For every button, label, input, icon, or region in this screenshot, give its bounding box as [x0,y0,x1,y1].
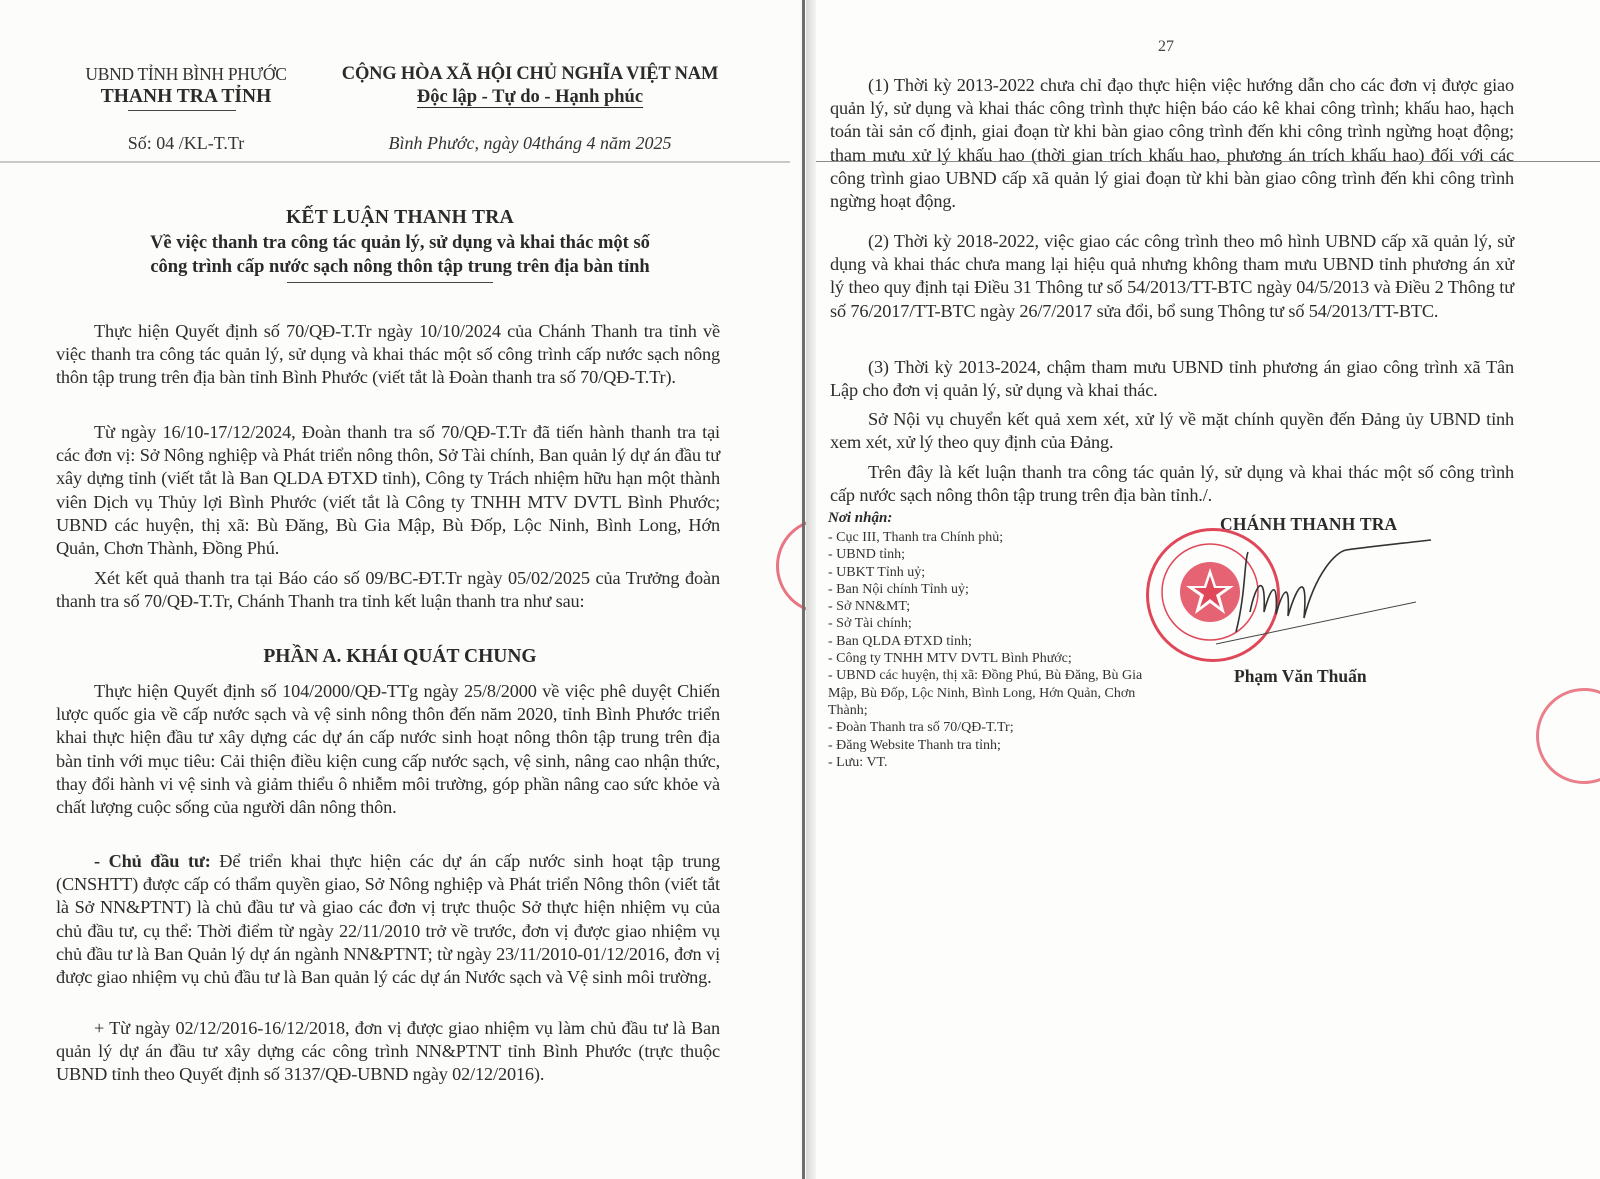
page-spine [802,0,805,1179]
section-a-title: PHẦN A. KHÁI QUÁT CHUNG [60,646,740,668]
agency-underline [128,110,236,111]
recipient-item: - Đoàn Thanh tra số 70/QĐ-T.Tr; [828,719,1148,736]
recipient-item: - Cục III, Thanh tra Chính phủ; [828,529,1148,546]
recipient-item: - Ban Nội chính Tỉnh uỷ; [828,581,1148,598]
closing-paragraph-2: Trên đây là kết luận thanh tra công tác … [830,461,1514,507]
intro-paragraph-3: Xét kết quả thanh tra tại Báo cáo số 09/… [56,567,720,613]
agency-parent: UBND TỈNH BÌNH PHƯỚC [70,64,302,85]
finding-2: (2) Thời kỳ 2018-2022, việc giao các côn… [830,230,1514,323]
left-page: UBND TỈNH BÌNH PHƯỚC THANH TRA TỈNH Số: … [0,0,800,1179]
document-subtitle-2: công trình cấp nước sạch nông thôn tập t… [60,256,740,279]
place-date: Bình Phước, ngày 04tháng 4 năm 2025 [300,133,760,154]
finding-3: (3) Thời kỳ 2013-2024, chậm tham mưu UBN… [830,356,1514,402]
right-page: 27 (1) Thời kỳ 2013-2022 chưa chỉ đạo th… [816,0,1600,1179]
recipient-item: - Đăng Website Thanh tra tỉnh; [828,737,1148,754]
recipients-title: Nơi nhận: [828,510,892,527]
signer-name: Phạm Văn Thuấn [1234,666,1367,687]
agency-name-text: THANH TRA TỈNH [101,86,272,107]
scan-line-right [816,161,1600,162]
investor-paragraph: - Chủ đầu tư: Để triển khai thực hiện cá… [56,850,720,989]
investor-label: - Chủ đầu tư: [94,851,211,871]
intro-paragraph-1: Thực hiện Quyết định số 70/QĐ-T.Tr ngày … [56,320,720,390]
seal-fragment-right [1536,688,1600,784]
country-name: CỘNG HÒA XÃ HỘI CHỦ NGHĨA VIỆT NAM [320,64,740,85]
document-number: Số: 04 /KL-T.Tr [70,133,302,154]
period-paragraph: + Từ ngày 02/12/2016-16/12/2018, đơn vị … [56,1017,720,1087]
agency-name: THANH TRA TỈNH [70,86,302,108]
intro-paragraph-2: Từ ngày 16/10-17/12/2024, Đoàn thanh tra… [56,421,720,560]
document-title: KẾT LUẬN THANH TRA [60,207,740,229]
recipient-item: - Ban QLDA ĐTXD tỉnh; [828,633,1148,650]
section-a-paragraph: Thực hiện Quyết định số 104/2000/QĐ-TTg … [56,680,720,819]
recipients-list: - Cục III, Thanh tra Chính phủ;- UBND tỉ… [828,529,1148,771]
page-gutter [806,0,816,1179]
recipient-item: - Lưu: VT. [828,754,1148,771]
document-subtitle-1: Về việc thanh tra công tác quản lý, sử d… [60,232,740,255]
subtitle-underline [287,282,493,283]
investor-text: Để triển khai thực hiện các dự án cấp nư… [56,851,720,987]
recipient-item: - Sở Tài chính; [828,615,1148,632]
recipient-item: - UBND tỉnh; [828,546,1148,563]
recipient-item: - UBND các huyện, thị xã: Đồng Phú, Bù Đ… [828,667,1148,719]
scan-line [0,161,790,163]
closing-paragraph-1: Sở Nội vụ chuyển kết quả xem xét, xử lý … [830,408,1514,454]
motto-text: Độc lập - Tự do - Hạnh phúc [417,87,643,107]
national-motto: Độc lập - Tự do - Hạnh phúc [320,87,740,108]
finding-1: (1) Thời kỳ 2013-2022 chưa chỉ đạo thực … [830,74,1514,213]
page-number: 27 [816,38,1516,56]
recipient-item: - Công ty TNHH MTV DVTL Bình Phước; [828,650,1148,667]
recipient-item: - UBKT Tỉnh uỷ; [828,564,1148,581]
recipient-item: - Sở NN&MT; [828,598,1148,615]
signature-icon [1216,532,1446,652]
